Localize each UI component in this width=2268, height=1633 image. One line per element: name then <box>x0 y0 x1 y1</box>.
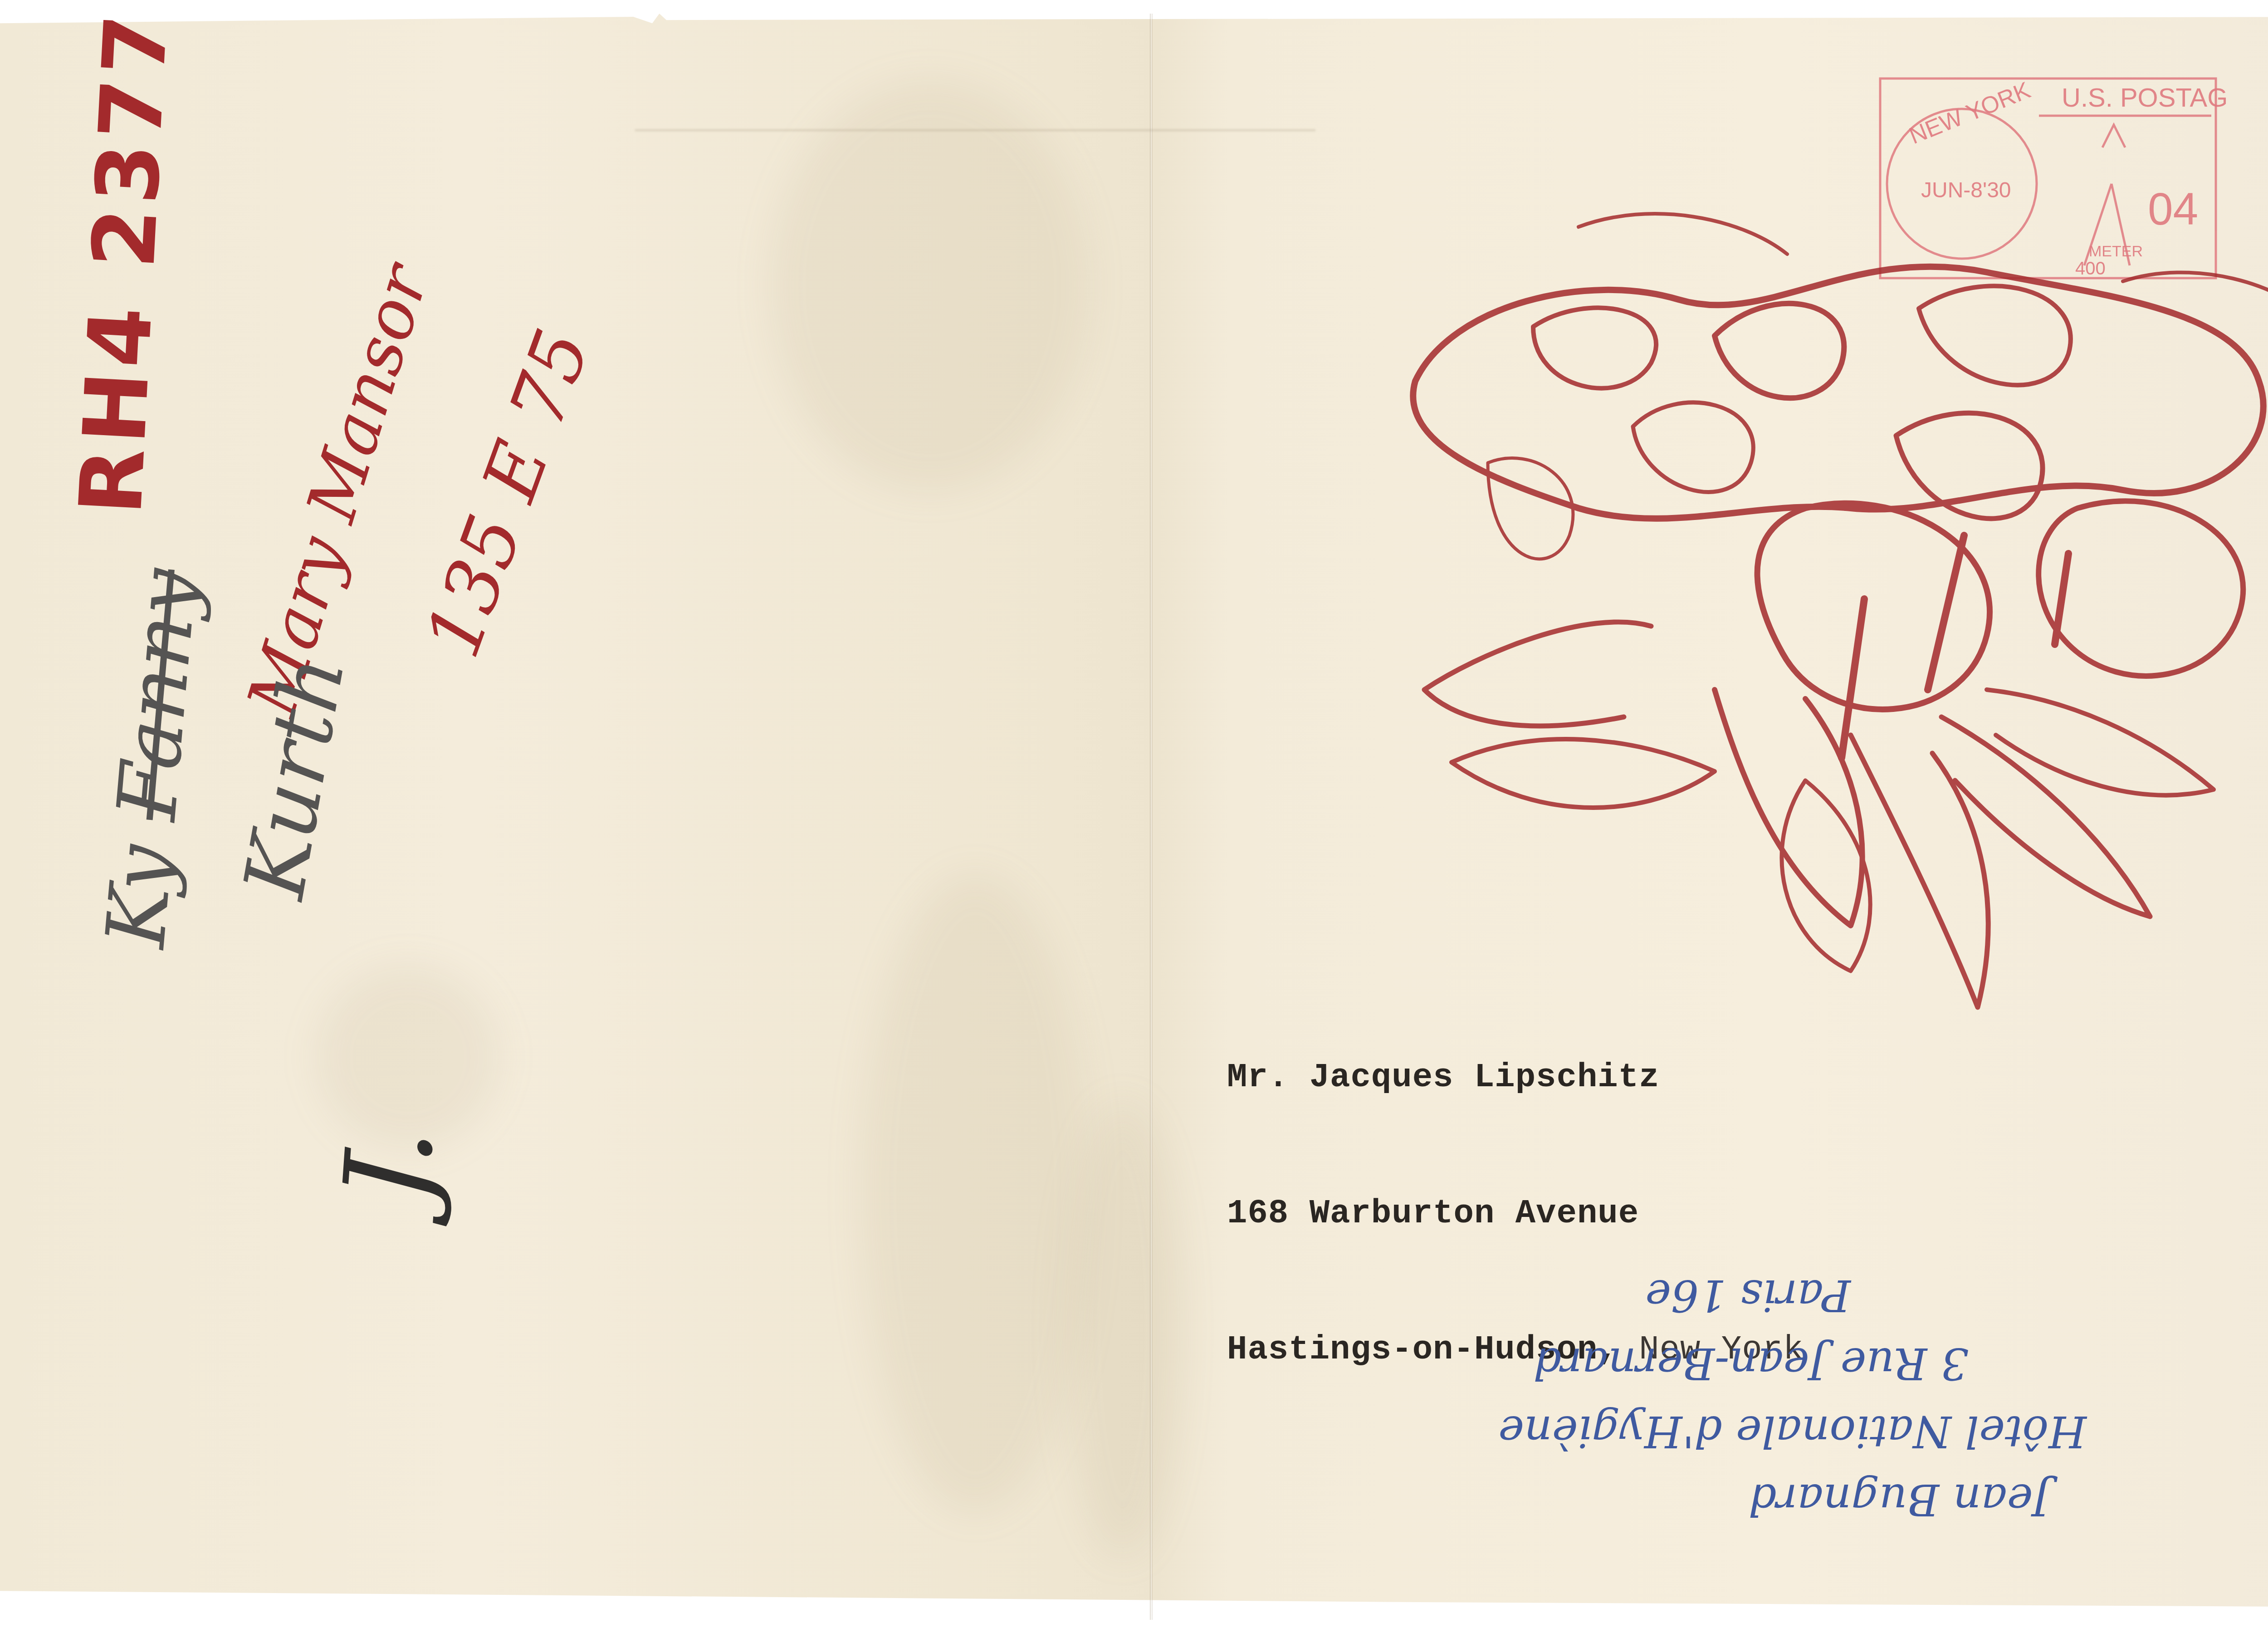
paper-stain <box>862 876 1089 1511</box>
pencil-initial-annotation: J. <box>318 1122 460 1207</box>
meter-city: NEW YORK <box>1906 77 2034 150</box>
horizontal-crease <box>635 129 1315 131</box>
paper-stain <box>1066 1103 1179 1556</box>
return-line-city: Paris 16e <box>1356 1261 2105 1329</box>
return-line-name: Jean Bugnard <box>1356 1466 2105 1534</box>
paper-stain <box>318 966 499 1148</box>
handwritten-return-address: Jean Bugnard Hôtel Nationale d'Hygiène 3… <box>1356 1125 2105 1534</box>
pencil-prefix: Ky <box>88 841 192 951</box>
address-line-name: Mr. Jacques Lipschitz <box>1227 1055 1804 1100</box>
return-line-institution: Hôtel Nationale d'Hygiène <box>1356 1398 2105 1466</box>
return-line-street: 3 Rue Jean-Bernard <box>1356 1329 2105 1398</box>
center-fold-crease <box>1150 14 1153 1620</box>
red-crayon-flower-drawing <box>1397 191 2268 1053</box>
paper-stain <box>771 82 1089 490</box>
meter-header: U.S. POSTAGE <box>2062 83 2229 113</box>
